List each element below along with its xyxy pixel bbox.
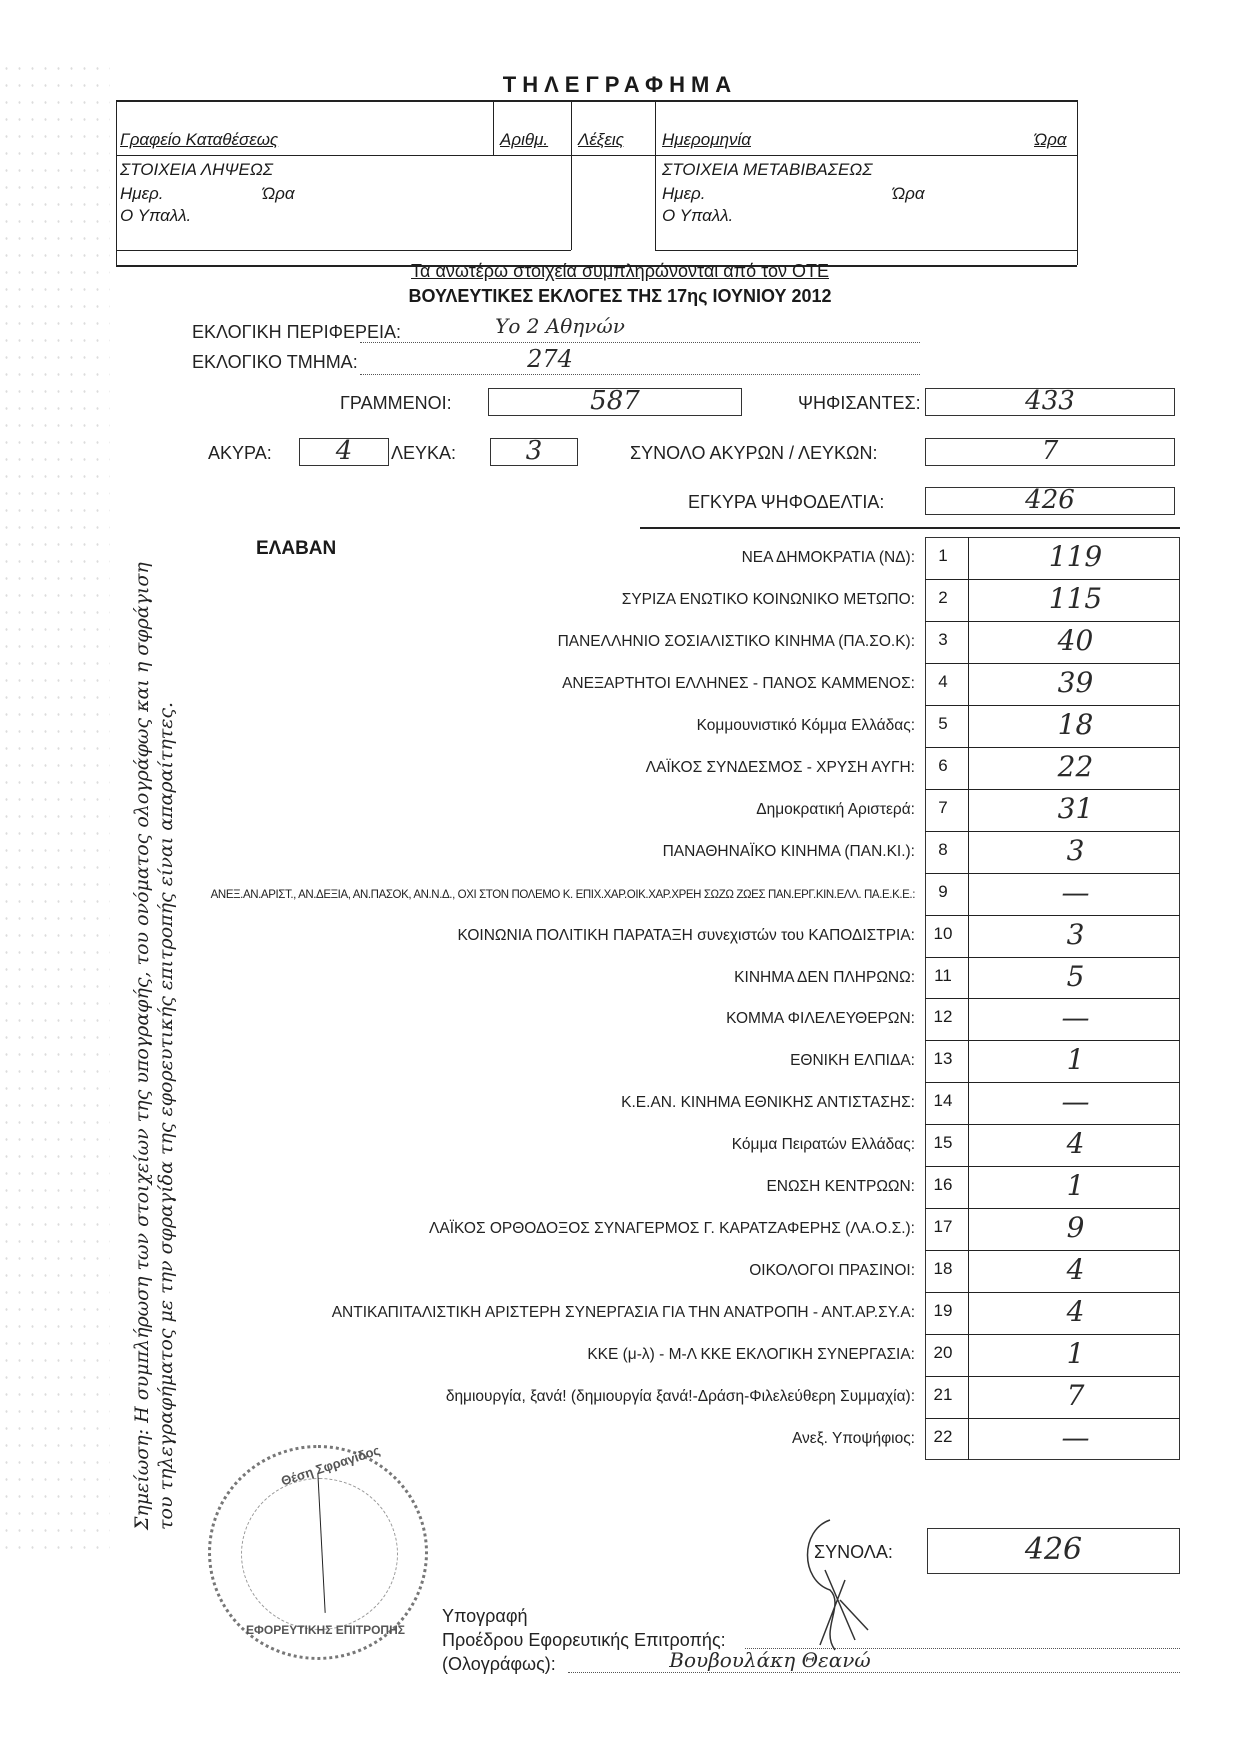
party-name: ΛΑΪΚΟΣ ΟΡΘΟΔΟΞΟΣ ΣΥΝΑΓΕΡΜΟΣ Γ. ΚΑΡΑΤΖΑΦΕ… (429, 1220, 915, 1238)
party-votes: 22 (968, 750, 1183, 783)
party-votes: — (968, 876, 1183, 909)
party-number: 4 (925, 672, 961, 692)
party-votes: 1 (968, 1043, 1183, 1076)
voted-label: ΨΗΦΙΣΑΝΤΕΣ: (798, 393, 921, 414)
receipt-date-label: Ημερ. (120, 184, 164, 204)
date-label: Ημερομηνία (662, 130, 751, 150)
office-label: Γραφείο Καταθέσεως (120, 130, 278, 150)
party-votes: 40 (968, 624, 1183, 657)
district-value: Υο 2 Αθηνών (440, 314, 680, 338)
party-number: 12 (925, 1007, 961, 1027)
number-label: Αριθμ. (500, 130, 548, 150)
blank-label: ΛΕΥΚΑ: (391, 443, 456, 464)
party-row: ΑΝΕΞΑΡΤΗΤΟΙ ΕΛΛΗΝΕΣ - ΠΑΝΟΣ ΚΑΜΜΕΝΟΣ:439 (230, 663, 1180, 705)
party-number: 11 (925, 966, 961, 986)
voted-value: 433 (925, 386, 1175, 416)
party-number: 3 (925, 630, 961, 650)
election-title: ΒΟΥΛΕΥΤΙΚΕΣ ΕΚΛΟΓΕΣ ΤΗΣ 17ης ΙΟΥΝΙΟΥ 201… (0, 286, 1240, 307)
party-votes: 7 (968, 1379, 1183, 1412)
party-row: Κομμουνιστικό Κόμμα Ελλάδας:518 (230, 705, 1180, 747)
blank-value: 3 (490, 436, 578, 466)
party-name: ΚΟΙΝΩΝΙΑ ΠΟΛΙΤΙΚΗ ΠΑΡΑΤΑΞΗ συνεχιστών το… (458, 927, 916, 945)
party-votes: 1 (968, 1169, 1183, 1202)
party-number: 14 (925, 1091, 961, 1111)
party-name: ΑΝΤΙΚΑΠΙΤΑΛΙΣΤΙΚΗ ΑΡΙΣΤΕΡΗ ΣΥΝΕΡΓΑΣΙΑ ΓΙ… (332, 1304, 915, 1322)
total-value: 426 (927, 1532, 1180, 1567)
registered-value: 587 (488, 386, 742, 416)
scan-noise (0, 60, 110, 1560)
party-number: 1 (925, 546, 961, 566)
receipt-time-label: Ώρα (262, 184, 295, 204)
party-row: ΕΘΝΙΚΗ ΕΛΠΙΔΑ:131 (230, 1040, 1180, 1082)
district-dots (360, 342, 920, 343)
words-label: Λέξεις (578, 130, 624, 150)
party-name: Ανεξ. Υποψήφιος: (792, 1430, 915, 1448)
party-name: Δημοκρατική Αριστερά: (756, 801, 915, 819)
party-row: ΛΑΪΚΟΣ ΣΥΝΔΕΣΜΟΣ - ΧΡΥΣΗ ΑΥΓΗ:622 (230, 747, 1180, 789)
party-name: ΚΙΝΗΜΑ ΔΕΝ ΠΛΗΡΩΝΩ: (734, 969, 915, 987)
party-name: ΚΚΕ (μ-λ) - Μ-Λ ΚΚΕ ΕΚΛΟΓΙΚΗ ΣΥΝΕΡΓΑΣΙΑ: (587, 1346, 915, 1364)
party-row: δημιουργία, ξανά! (δημιουργία ξανά!-Δράσ… (230, 1376, 1180, 1418)
name-dots (568, 1672, 1180, 1673)
party-name: ΑΝΕΞ.ΑΝ.ΑΡΙΣΤ., ΑΝ.ΔΕΞΙΑ, ΑΝ.ΠΑΣΟΚ, ΑΝ.Ν… (211, 889, 915, 901)
party-number: 21 (925, 1385, 961, 1405)
valid-value: 426 (925, 485, 1175, 515)
party-votes: 3 (968, 834, 1183, 867)
party-votes: 9 (968, 1211, 1183, 1244)
party-number: 16 (925, 1175, 961, 1195)
party-name: ΚΟΜΜΑ ΦΙΛΕΛΕΥΘΕΡΩΝ: (726, 1010, 915, 1028)
document-title: ΤΗΛΕΓΡΑΦΗΜΑ (0, 72, 1240, 98)
party-row: Κόμμα Πειρατών Ελλάδας:154 (230, 1124, 1180, 1166)
side-note: Σημείωση: Η συμπλήρωση των στοιχείων της… (130, 562, 178, 1530)
ote-note: Τα ανωτέρω στοιχεία συμπληρώνονται από τ… (0, 261, 1240, 282)
party-votes: 18 (968, 708, 1183, 741)
party-votes: 3 (968, 918, 1183, 951)
party-row: ΚΙΝΗΜΑ ΔΕΝ ΠΛΗΡΩΝΩ:115 (230, 957, 1180, 999)
party-number: 5 (925, 714, 961, 734)
party-row: ΑΝΕΞ.ΑΝ.ΑΡΙΣΤ., ΑΝ.ΔΕΞΙΑ, ΑΝ.ΠΑΣΟΚ, ΑΝ.Ν… (230, 873, 1180, 915)
transmission-time-label: Ώρα (892, 184, 925, 204)
name-fullwritten-label: (Ολογράφως): (442, 1654, 556, 1675)
party-row: ΚΟΜΜΑ ΦΙΛΕΛΕΥΘΕΡΩΝ:12— (230, 998, 1180, 1040)
party-name: ΠΑΝΑΘΗΝΑΪΚΟ ΚΙΝΗΜΑ (ΠΑΝ.ΚΙ.): (663, 843, 915, 861)
party-votes: 4 (968, 1253, 1183, 1286)
party-name: ΠΑΝΕΛΛΗΝΙΟ ΣΟΣΙΑΛΙΣΤΙΚΟ ΚΙΝΗΜΑ (ΠΑ.ΣΟ.Κ)… (558, 633, 915, 651)
transmission-heading: ΣΤΟΙΧΕΙΑ ΜΕΤΑΒΙΒΑΣΕΩΣ (662, 160, 872, 180)
party-number: 10 (925, 924, 961, 944)
section-dots (360, 374, 920, 375)
party-row: ΟΙΚΟΛΟΓΟΙ ΠΡΑΣΙΝΟΙ:184 (230, 1250, 1180, 1292)
transmission-clerk-label: Ο Υπαλλ. (662, 206, 733, 226)
receipt-clerk-label: Ο Υπαλλ. (120, 206, 191, 226)
party-name: δημιουργία, ξανά! (δημιουργία ξανά!-Δράσ… (446, 1388, 915, 1406)
party-row: ΛΑΪΚΟΣ ΟΡΘΟΔΟΞΟΣ ΣΥΝΑΓΕΡΜΟΣ Γ. ΚΑΡΑΤΖΑΦΕ… (230, 1208, 1180, 1250)
party-row: ΚΚΕ (μ-λ) - Μ-Λ ΚΚΕ ΕΚΛΟΓΙΚΗ ΣΥΝΕΡΓΑΣΙΑ:… (230, 1334, 1180, 1376)
party-number: 7 (925, 798, 961, 818)
committee-seal-icon: Θέση Σφραγίδος ΕΦΟΡΕΥΤΙΚΗΣ ΕΠΙΤΡΟΠΗΣ (208, 1445, 428, 1660)
party-number: 9 (925, 882, 961, 902)
party-votes: 119 (968, 540, 1183, 573)
party-votes: — (968, 1421, 1183, 1454)
party-row: Δημοκρατική Αριστερά:731 (230, 789, 1180, 831)
party-votes: 39 (968, 666, 1183, 699)
party-votes: 5 (968, 960, 1183, 993)
party-votes: 31 (968, 792, 1183, 825)
party-row: ΑΝΤΙΚΑΠΙΤΑΛΙΣΤΙΚΗ ΑΡΙΣΤΕΡΗ ΣΥΝΕΡΓΑΣΙΑ ΓΙ… (230, 1292, 1180, 1334)
party-name: ΟΙΚΟΛΟΓΟΙ ΠΡΑΣΙΝΟΙ: (749, 1262, 915, 1280)
party-row: ΕΝΩΣΗ ΚΕΝΤΡΩΩΝ:161 (230, 1166, 1180, 1208)
signature-scribble-icon (790, 1510, 880, 1660)
district-label: ΕΚΛΟΓΙΚΗ ΠΕΡΙΦΕΡΕΙΑ: (192, 322, 401, 343)
party-votes: — (968, 1001, 1183, 1034)
registered-label: ΓΡΑΜΜΕΝΟΙ: (340, 393, 452, 414)
transmission-date-label: Ημερ. (662, 184, 706, 204)
invalid-value: 4 (299, 436, 389, 466)
party-number: 13 (925, 1049, 961, 1069)
party-name: Κ.Ε.ΑΝ. ΚΙΝΗΜΑ ΕΘΝΙΚΗΣ ΑΝΤΙΣΤΑΣΗΣ: (621, 1094, 915, 1112)
party-row: ΝΕΑ ΔΗΜΟΚΡΑΤΙΑ (ΝΔ):1119 (230, 537, 1180, 579)
invalid-label: ΑΚΥΡΑ: (208, 443, 272, 464)
invalid-blank-total-value: 7 (925, 436, 1175, 466)
party-row: Κ.Ε.ΑΝ. ΚΙΝΗΜΑ ΕΘΝΙΚΗΣ ΑΝΤΙΣΤΑΣΗΣ:14— (230, 1082, 1180, 1124)
party-row: ΠΑΝΑΘΗΝΑΪΚΟ ΚΙΝΗΜΑ (ΠΑΝ.ΚΙ.):83 (230, 831, 1180, 873)
signature-label: Υπογραφή (442, 1606, 528, 1627)
party-name: ΕΘΝΙΚΗ ΕΛΠΙΔΑ: (790, 1052, 915, 1070)
party-number: 15 (925, 1133, 961, 1153)
party-votes: 115 (968, 582, 1183, 615)
party-number: 22 (925, 1427, 961, 1447)
time-label: Ώρα (1034, 130, 1067, 150)
party-number: 19 (925, 1301, 961, 1321)
receipt-heading: ΣΤΟΙΧΕΙΑ ΛΗΨΕΩΣ (120, 160, 273, 180)
section-value: 274 (490, 345, 610, 373)
party-row: ΠΑΝΕΛΛΗΝΙΟ ΣΟΣΙΑΛΙΣΤΙΚΟ ΚΙΝΗΜΑ (ΠΑ.ΣΟ.Κ)… (230, 621, 1180, 663)
party-number: 8 (925, 840, 961, 860)
invalid-blank-total-label: ΣΥΝΟΛΟ ΑΚΥΡΩΝ / ΛΕΥΚΩΝ: (630, 443, 877, 464)
party-votes: 4 (968, 1127, 1183, 1160)
valid-label: ΕΓΚΥΡΑ ΨΗΦΟΔΕΛΤΙΑ: (688, 492, 884, 513)
party-row: ΚΟΙΝΩΝΙΑ ΠΟΛΙΤΙΚΗ ΠΑΡΑΤΑΞΗ συνεχιστών το… (230, 915, 1180, 957)
party-name: ΑΝΕΞΑΡΤΗΤΟΙ ΕΛΛΗΝΕΣ - ΠΑΝΟΣ ΚΑΜΜΕΝΟΣ: (562, 675, 915, 693)
party-number: 2 (925, 588, 961, 608)
party-votes: — (968, 1085, 1183, 1118)
party-number: 6 (925, 756, 961, 776)
party-number: 20 (925, 1343, 961, 1363)
party-votes: 1 (968, 1337, 1183, 1370)
party-number: 18 (925, 1259, 961, 1279)
party-name: ΣΥΡΙΖΑ ΕΝΩΤΙΚΟ ΚΟΙΝΩΝΙΚΟ ΜΕΤΩΠΟ: (622, 591, 915, 609)
party-name: Κόμμα Πειρατών Ελλάδας: (732, 1136, 915, 1154)
party-row: ΣΥΡΙΖΑ ΕΝΩΤΙΚΟ ΚΟΙΝΩΝΙΚΟ ΜΕΤΩΠΟ:2115 (230, 579, 1180, 621)
party-name: Κομμουνιστικό Κόμμα Ελλάδας: (697, 717, 915, 735)
party-votes: 4 (968, 1295, 1183, 1328)
party-number: 17 (925, 1217, 961, 1237)
party-name: ΕΝΩΣΗ ΚΕΝΤΡΩΩΝ: (766, 1178, 915, 1196)
party-name: ΝΕΑ ΔΗΜΟΚΡΑΤΙΑ (ΝΔ): (742, 549, 915, 567)
section-label: ΕΚΛΟΓΙΚΟ ΤΜΗΜΑ: (192, 352, 358, 373)
party-name: ΛΑΪΚΟΣ ΣΥΝΔΕΣΜΟΣ - ΧΡΥΣΗ ΑΥΓΗ: (646, 759, 915, 777)
